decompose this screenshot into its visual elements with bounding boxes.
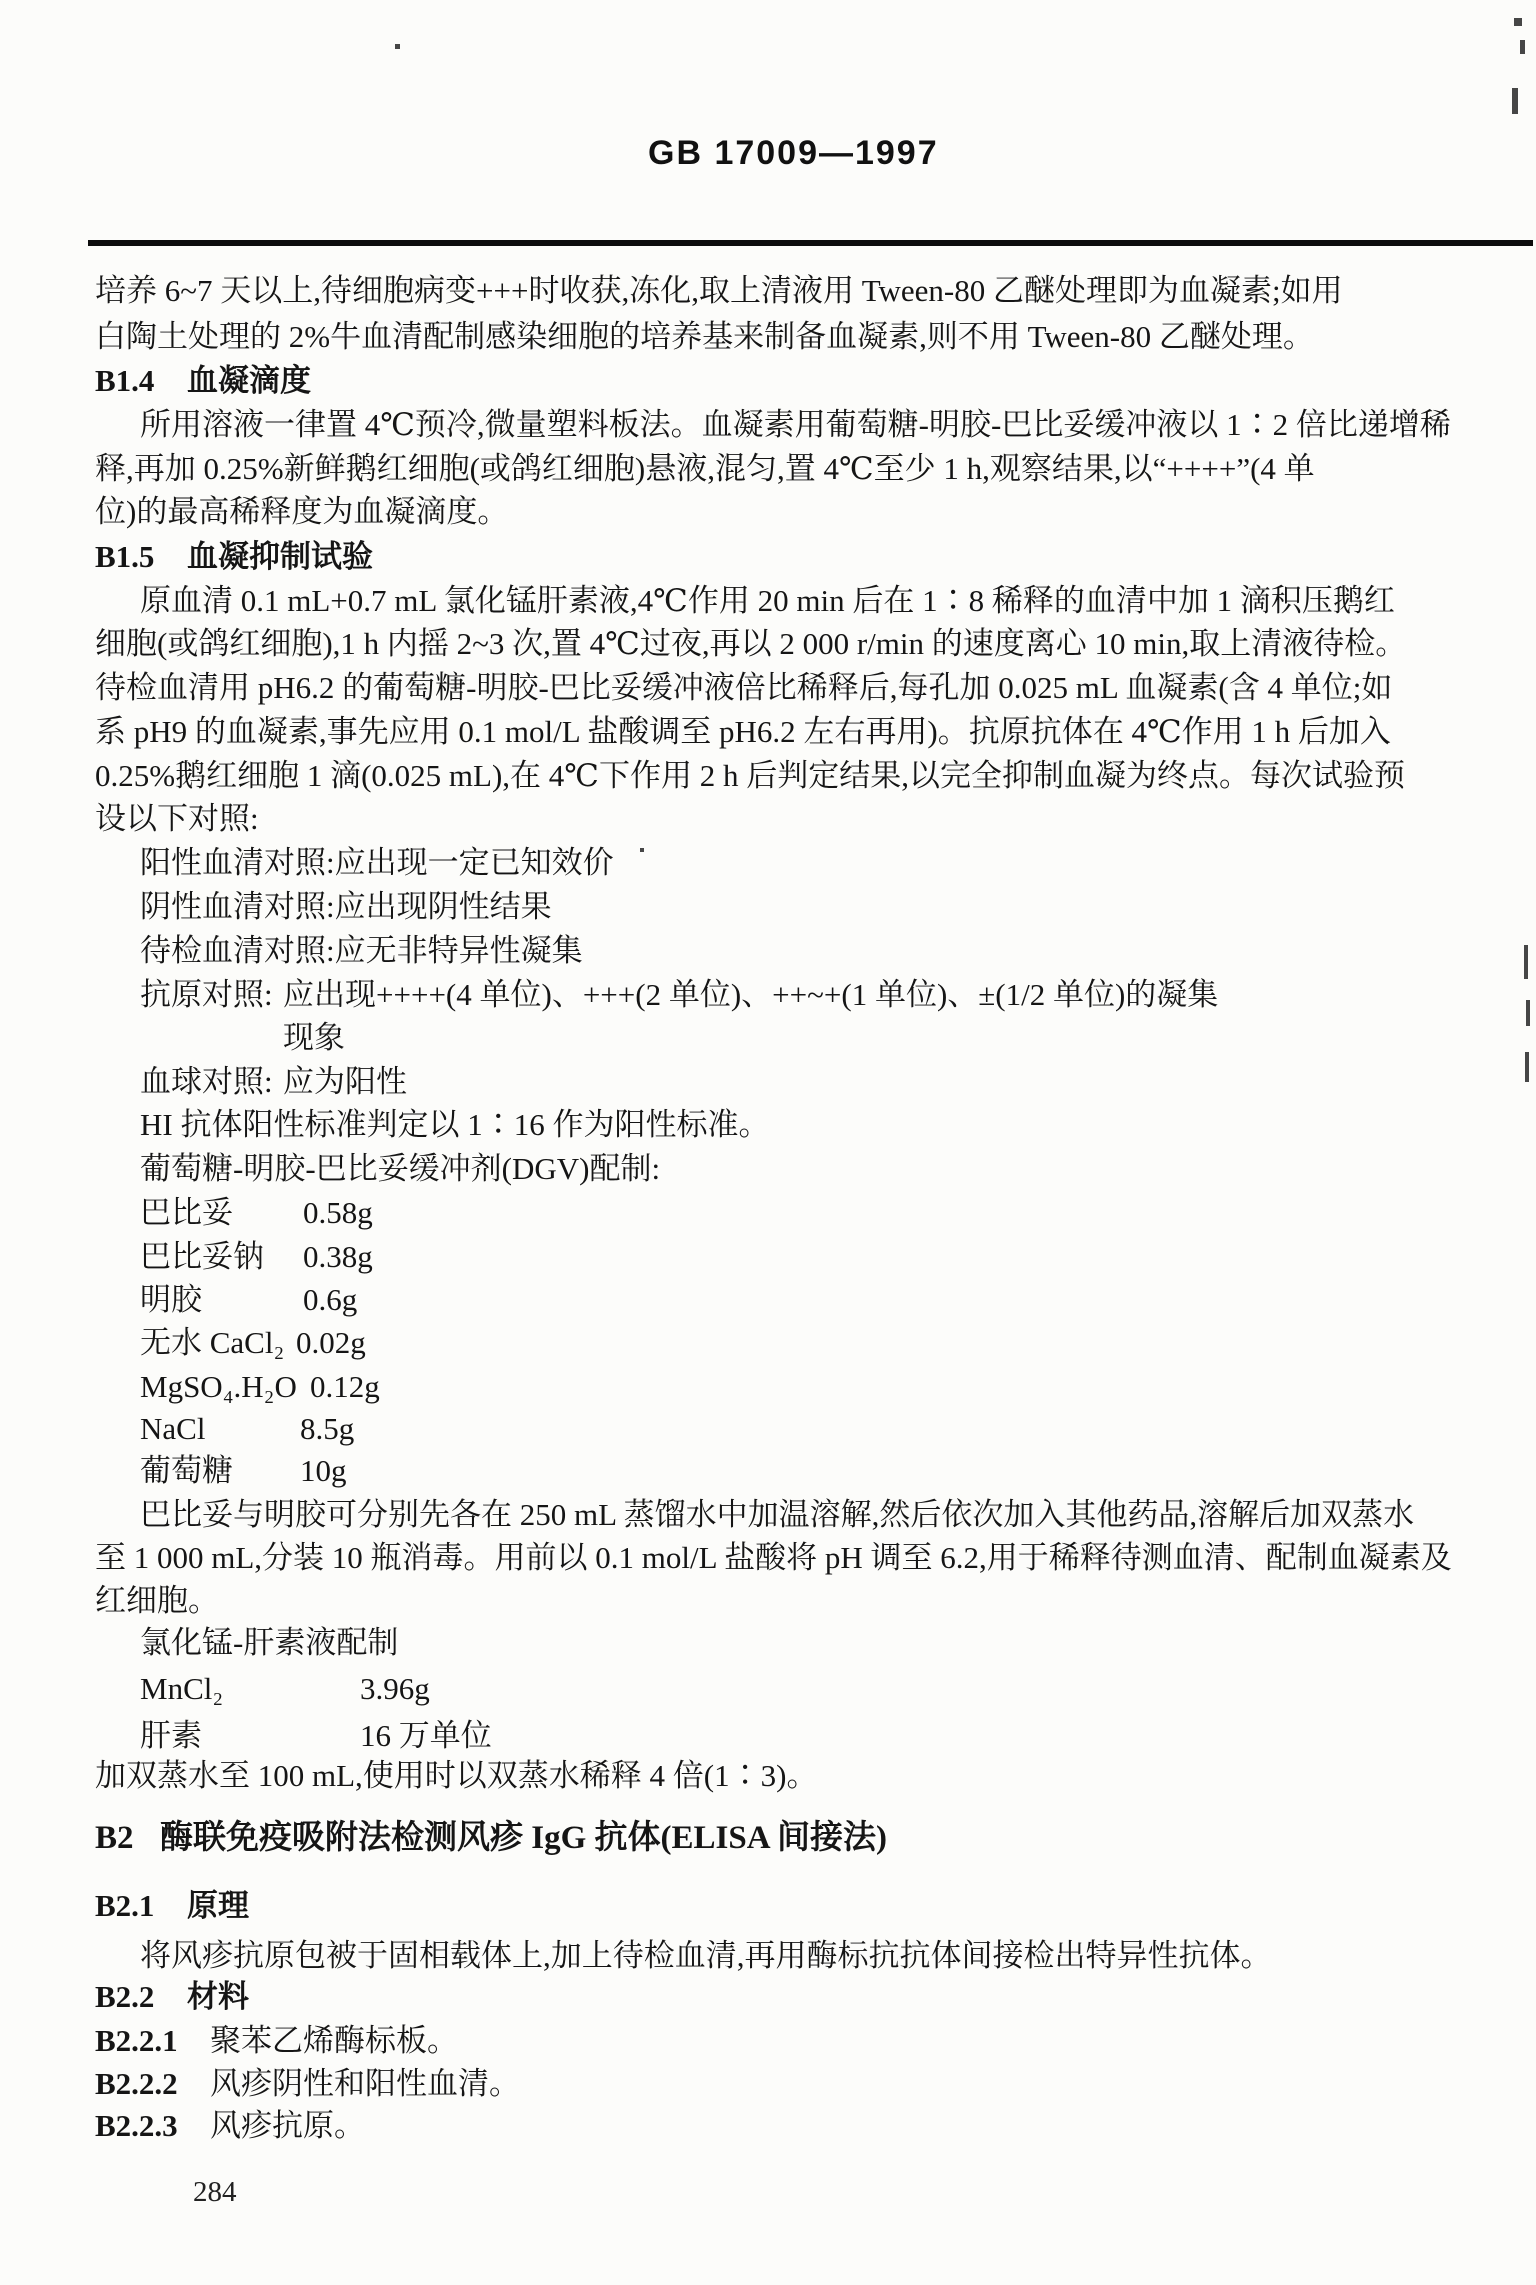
text-run: 原理 [187,1886,249,1926]
paragraph-line: 待检血清用 pH6.2 的葡萄糖-明胶-巴比妥缓冲液倍比稀释后,每孔加 0.02… [0,668,1536,710]
text-run: 所用溶液一律置 4℃预冷,微量塑料板法。血凝素用葡萄糖-明胶-巴比妥缓冲液以 1… [140,405,1451,445]
control-list-line: 阴性血清对照:应出现阴性结果 [0,887,1536,929]
dgv-reagent-row: 巴比妥0.58g [0,1193,1536,1235]
mncl2-heparin-reagent-row: MnCl₂3.96g [0,1669,1536,1711]
scan-artifact [1524,945,1528,979]
paragraph-line: 将风疹抗原包被于固相载体上,加上待检血清,再用酶标抗抗体间接检出特异性抗体。 [0,1936,1536,1978]
text-run: 红细胞。 [95,1581,219,1621]
dgv-reagent-row: MgSO₄.H₂O0.12g [0,1367,1536,1409]
paragraph-line: 至 1 000 mL,分装 10 瓶消毒。用前以 0.1 mol/L 盐酸将 p… [0,1538,1536,1580]
text-run: 酶联免疫吸附法检测风疹 IgG 抗体(ELISA 间接法) [160,1818,887,1858]
scan-artifact [1514,18,1522,26]
text-run: NaCl [140,1409,205,1449]
dgv-reagent-row: 无水 CaCl₂0.02g [0,1323,1536,1365]
paragraph-line: 0.25%鹅红细胞 1 滴(0.025 mL),在 4℃下作用 2 h 后判定结… [0,756,1536,798]
paragraph-line: HI 抗体阳性标准判定以 1∶16 作为阳性标准。 [0,1105,1536,1147]
text-run: 将风疹抗原包被于固相载体上,加上待检血清,再用酶标抗抗体间接检出特异性抗体。 [140,1936,1272,1976]
text-run: 待检血清用 pH6.2 的葡萄糖-明胶-巴比妥缓冲液倍比稀释后,每孔加 0.02… [95,668,1392,708]
paragraph-line: 原血清 0.1 mL+0.7 mL 氯化锰肝素液,4℃作用 20 min 后在 … [0,581,1536,623]
text-run: 抗原对照: [140,975,273,1015]
text-run: 培养 6~7 天以上,待细胞病变+++时收获,冻化,取上清液用 Tween-80… [95,271,1343,311]
text-run: 加双蒸水至 100 mL,使用时以双蒸水稀释 4 倍(1∶3)。 [95,1756,817,1796]
text-run: 肝素 [140,1716,202,1756]
scan-artifact [1526,1000,1530,1026]
text-run: 10g [300,1451,347,1491]
text-run: B2.2.2 [95,2064,178,2104]
paragraph-continuation-line: 白陶土处理的 2%牛血清配制感染细胞的培养基来制备血凝素,则不用 Tween-8… [0,317,1536,359]
text-run: 血凝抑制试验 [187,537,373,577]
text-run: 明胶 [140,1280,202,1320]
text-run: 细胞(或鸽红细胞),1 h 内摇 2~3 次,置 4℃过夜,再以 2 000 r… [95,624,1406,664]
paragraph-line: 设以下对照: [0,799,1536,841]
dgv-reagent-row: 葡萄糖10g [0,1451,1536,1493]
text-run: 血球对照: [140,1062,273,1102]
text-run: 风疹抗原。 [210,2106,365,2146]
text-run: HI 抗体阳性标准判定以 1∶16 作为阳性标准。 [140,1105,769,1145]
text-run: 阴性血清对照:应出现阴性结果 [140,887,552,927]
text-run: 葡萄糖 [140,1451,233,1491]
text-run: 3.96g [360,1669,430,1709]
text-run: 0.6g [303,1280,357,1320]
clause-line-b2-2-3: B2.2.3风疹抗原。 [0,2106,1536,2148]
text-run: B2.2 [95,1977,154,2017]
text-run: 8.5g [300,1409,354,1449]
text-run: B1.5 [95,537,154,577]
text-run: 巴比妥 [140,1193,233,1233]
page-number: 284 [193,2176,237,2209]
heading-b1-5: B1.5血凝抑制试验 [0,537,1536,579]
paragraph-line: 释,再加 0.25%新鲜鹅红细胞(或鸽红细胞)悬液,混匀,置 4℃至少 1 h,… [0,449,1536,491]
paragraph-continuation-line: 培养 6~7 天以上,待细胞病变+++时收获,冻化,取上清液用 Tween-80… [0,271,1536,313]
scan-artifact [1512,88,1518,114]
text-run: 位)的最高稀释度为血凝滴度。 [95,492,508,532]
text-run: 血凝滴度 [187,361,311,401]
dgv-reagent-row: 巴比妥钠0.38g [0,1237,1536,1279]
text-run: 系 pH9 的血凝素,事先应用 0.1 mol/L 盐酸调至 pH6.2 左右再… [95,712,1391,752]
text-run: 0.58g [303,1193,373,1233]
scan-artifact [640,848,644,852]
text-run: 聚苯乙烯酶标板。 [210,2021,458,2061]
paragraph-line: 氯化锰-肝素液配制 [0,1623,1536,1665]
text-run: 待检血清对照:应无非特异性凝集 [140,931,583,971]
dgv-reagent-row: NaCl8.5g [0,1409,1536,1451]
text-run: B2.2.3 [95,2106,178,2146]
heading-b2: B2酶联免疫吸附法检测风疹 IgG 抗体(ELISA 间接法) [0,1818,1536,1860]
clause-line-b2-2-1: B2.2.1聚苯乙烯酶标板。 [0,2021,1536,2063]
text-run: 白陶土处理的 2%牛血清配制感染细胞的培养基来制备血凝素,则不用 Tween-8… [95,317,1314,357]
text-run: 现象 [283,1018,345,1058]
text-run: 巴比妥钠 [140,1237,264,1277]
text-run: 葡萄糖-明胶-巴比妥缓冲剂(DGV)配制: [140,1149,660,1189]
text-run: 设以下对照: [95,799,259,839]
control-list-line: 血球对照:应为阳性 [0,1062,1536,1104]
text-run: B1.4 [95,361,154,401]
control-list-line: 现象 [0,1018,1536,1060]
paragraph-line: 细胞(或鸽红细胞),1 h 内摇 2~3 次,置 4℃过夜,再以 2 000 r… [0,624,1536,666]
paragraph-line: 所用溶液一律置 4℃预冷,微量塑料板法。血凝素用葡萄糖-明胶-巴比妥缓冲液以 1… [0,405,1536,447]
document-lines: 培养 6~7 天以上,待细胞病变+++时收获,冻化,取上清液用 Tween-80… [0,0,1536,2285]
paragraph-line: 巴比妥与明胶可分别先各在 250 mL 蒸馏水中加温溶解,然后依次加入其他药品,… [0,1495,1536,1537]
text-run: 释,再加 0.25%新鲜鹅红细胞(或鸽红细胞)悬液,混匀,置 4℃至少 1 h,… [95,449,1315,489]
text-run: 材料 [187,1977,249,2017]
control-list-line: 抗原对照:应出现++++(4 单位)、+++(2 单位)、++~+(1 单位)、… [0,975,1536,1017]
heading-b2-2: B2.2材料 [0,1977,1536,2019]
text-run: 至 1 000 mL,分装 10 瓶消毒。用前以 0.1 mol/L 盐酸将 p… [95,1538,1452,1578]
paragraph-line: 葡萄糖-明胶-巴比妥缓冲剂(DGV)配制: [0,1149,1536,1191]
text-run: 氯化锰-肝素液配制 [140,1623,398,1663]
text-run: MgSO₄.H₂O [140,1367,297,1407]
text-run: 0.12g [310,1367,380,1407]
text-run: MnCl₂ [140,1669,223,1709]
scan-artifact [1520,40,1525,54]
text-run: 阳性血清对照:应出现一定已知效价 [140,843,614,883]
heading-b2-1: B2.1原理 [0,1886,1536,1928]
text-run: 应出现++++(4 单位)、+++(2 单位)、++~+(1 单位)、±(1/2… [283,975,1218,1015]
control-list-line: 阳性血清对照:应出现一定已知效价 [0,843,1536,885]
text-run: 0.02g [296,1323,366,1363]
paragraph-line: 系 pH9 的血凝素,事先应用 0.1 mol/L 盐酸调至 pH6.2 左右再… [0,712,1536,754]
text-run: 16 万单位 [360,1716,492,1756]
text-run: 风疹阴性和阳性血清。 [210,2064,520,2104]
text-run: 0.38g [303,1237,373,1277]
scan-artifact [395,44,400,49]
control-list-line: 待检血清对照:应无非特异性凝集 [0,931,1536,973]
scan-artifact [1525,1052,1529,1082]
text-run: 应为阳性 [283,1062,407,1102]
clause-line-b2-2-2: B2.2.2风疹阴性和阳性血清。 [0,2064,1536,2106]
paragraph-line: 加双蒸水至 100 mL,使用时以双蒸水稀释 4 倍(1∶3)。 [0,1756,1536,1798]
text-run: B2 [95,1818,134,1858]
text-run: B2.1 [95,1886,154,1926]
dgv-reagent-row: 明胶0.6g [0,1280,1536,1322]
document-page: GB 17009—1997 培养 6~7 天以上,待细胞病变+++时收获,冻化,… [0,0,1536,2285]
mncl2-heparin-reagent-row: 肝素16 万单位 [0,1716,1536,1758]
paragraph-line: 位)的最高稀释度为血凝滴度。 [0,492,1536,534]
heading-b1-4: B1.4血凝滴度 [0,361,1536,403]
paragraph-line: 红细胞。 [0,1581,1536,1623]
text-run: 无水 CaCl₂ [140,1323,284,1363]
text-run: 原血清 0.1 mL+0.7 mL 氯化锰肝素液,4℃作用 20 min 后在 … [140,581,1395,621]
text-run: B2.2.1 [95,2021,178,2061]
text-run: 巴比妥与明胶可分别先各在 250 mL 蒸馏水中加温溶解,然后依次加入其他药品,… [140,1495,1414,1535]
text-run: 0.25%鹅红细胞 1 滴(0.025 mL),在 4℃下作用 2 h 后判定结… [95,756,1405,796]
